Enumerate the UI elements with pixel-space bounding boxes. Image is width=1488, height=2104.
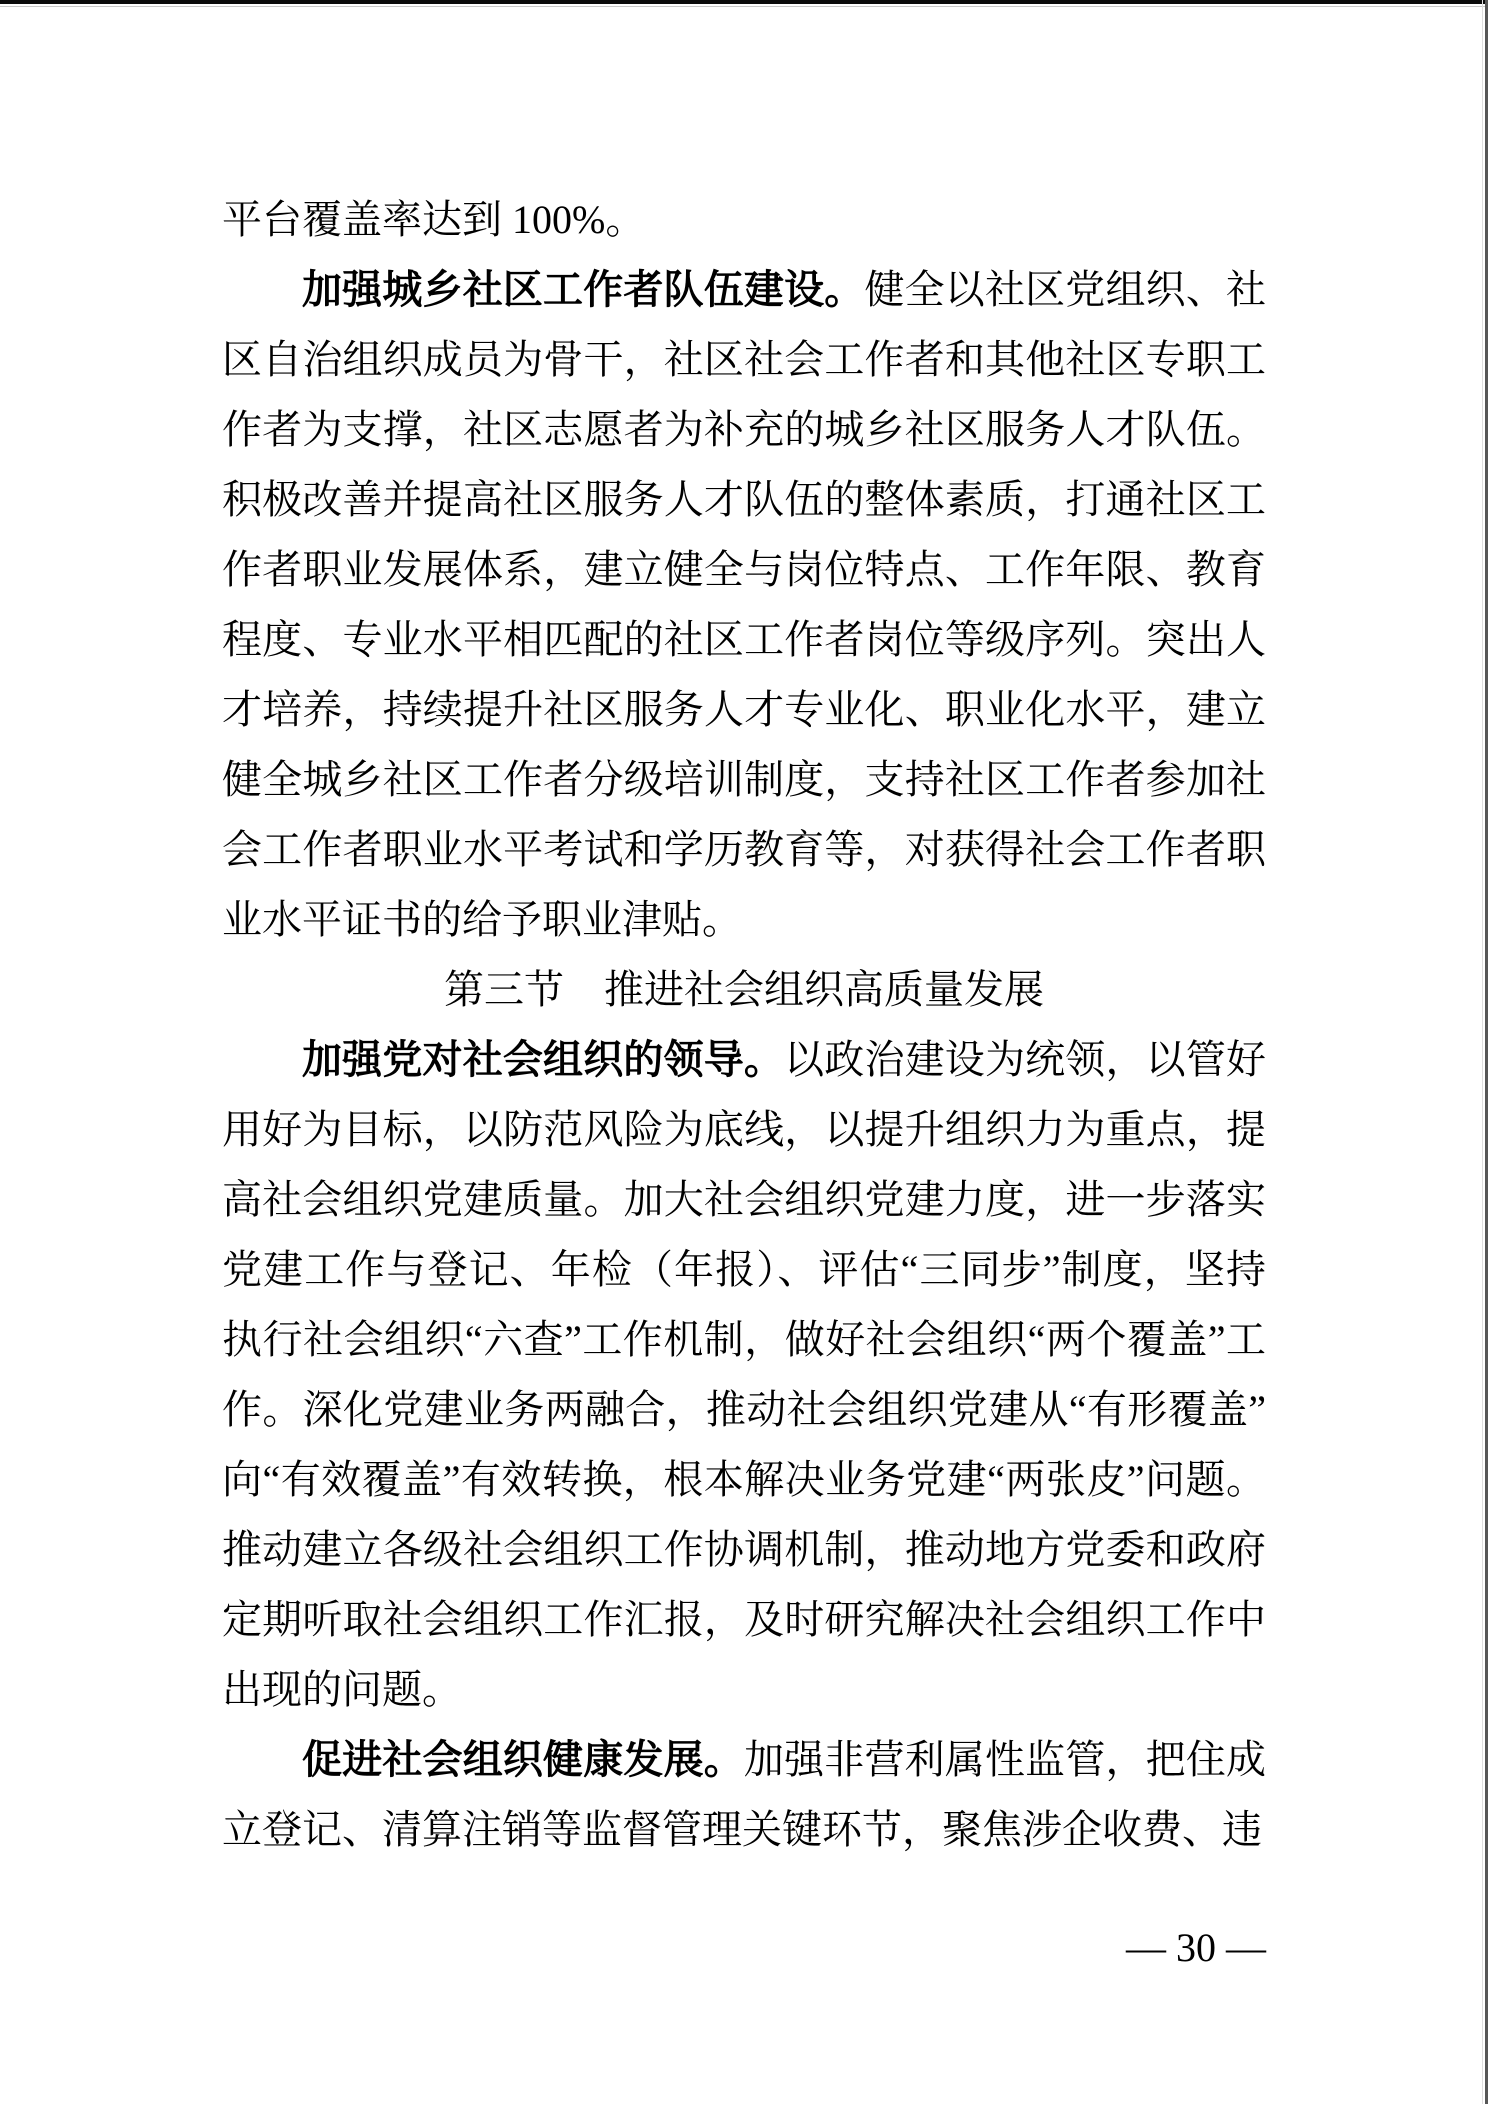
document-page: 平台覆盖率达到 100%。 加强城乡社区工作者队伍建设。健全以社区党组织、社区自… bbox=[0, 0, 1488, 2104]
section-heading: 第三节 推进社会组织高质量发展 bbox=[222, 955, 1266, 1025]
page-number-text: — 30 — bbox=[1126, 1925, 1266, 1970]
section-heading-text: 第三节 推进社会组织高质量发展 bbox=[444, 967, 1044, 1012]
continuation-line-text: 平台覆盖率达到 100%。 bbox=[222, 197, 645, 242]
paragraph-lead: 加强党对社会组织的领导。 bbox=[302, 1038, 784, 1082]
continuation-line: 平台覆盖率达到 100%。 bbox=[222, 185, 1266, 255]
paragraph-lead: 促进社会组织健康发展。 bbox=[302, 1738, 744, 1782]
paragraph-lead: 加强城乡社区工作者队伍建设。 bbox=[302, 268, 864, 312]
paragraph-community-workers: 加强城乡社区工作者队伍建设。健全以社区党组织、社区自治组织成员为骨干，社区社会工… bbox=[222, 255, 1266, 955]
paragraph-party-leadership: 加强党对社会组织的领导。以政治建设为统领，以管好用好为目标，以防范风险为底线，以… bbox=[222, 1025, 1266, 1725]
page-body: 平台覆盖率达到 100%。 加强城乡社区工作者队伍建设。健全以社区党组织、社区自… bbox=[222, 185, 1266, 1865]
scan-edge-right-hairline bbox=[1482, 0, 1483, 2104]
scan-edge-top bbox=[0, 0, 1488, 4]
scan-edge-top-hairline bbox=[0, 6, 1488, 7]
paragraph-text: 健全以社区党组织、社区自治组织成员为骨干，社区社会工作者和其他社区专职工作者为支… bbox=[222, 267, 1266, 942]
paragraph-healthy-development: 促进社会组织健康发展。加强非营利属性监管，把住成立登记、清算注销等监督管理关键环… bbox=[222, 1725, 1266, 1865]
paragraph-text: 以政治建设为统领，以管好用好为目标，以防范风险为底线，以提升组织力为重点，提高社… bbox=[222, 1037, 1266, 1712]
page-number: — 30 — bbox=[222, 1913, 1266, 1983]
